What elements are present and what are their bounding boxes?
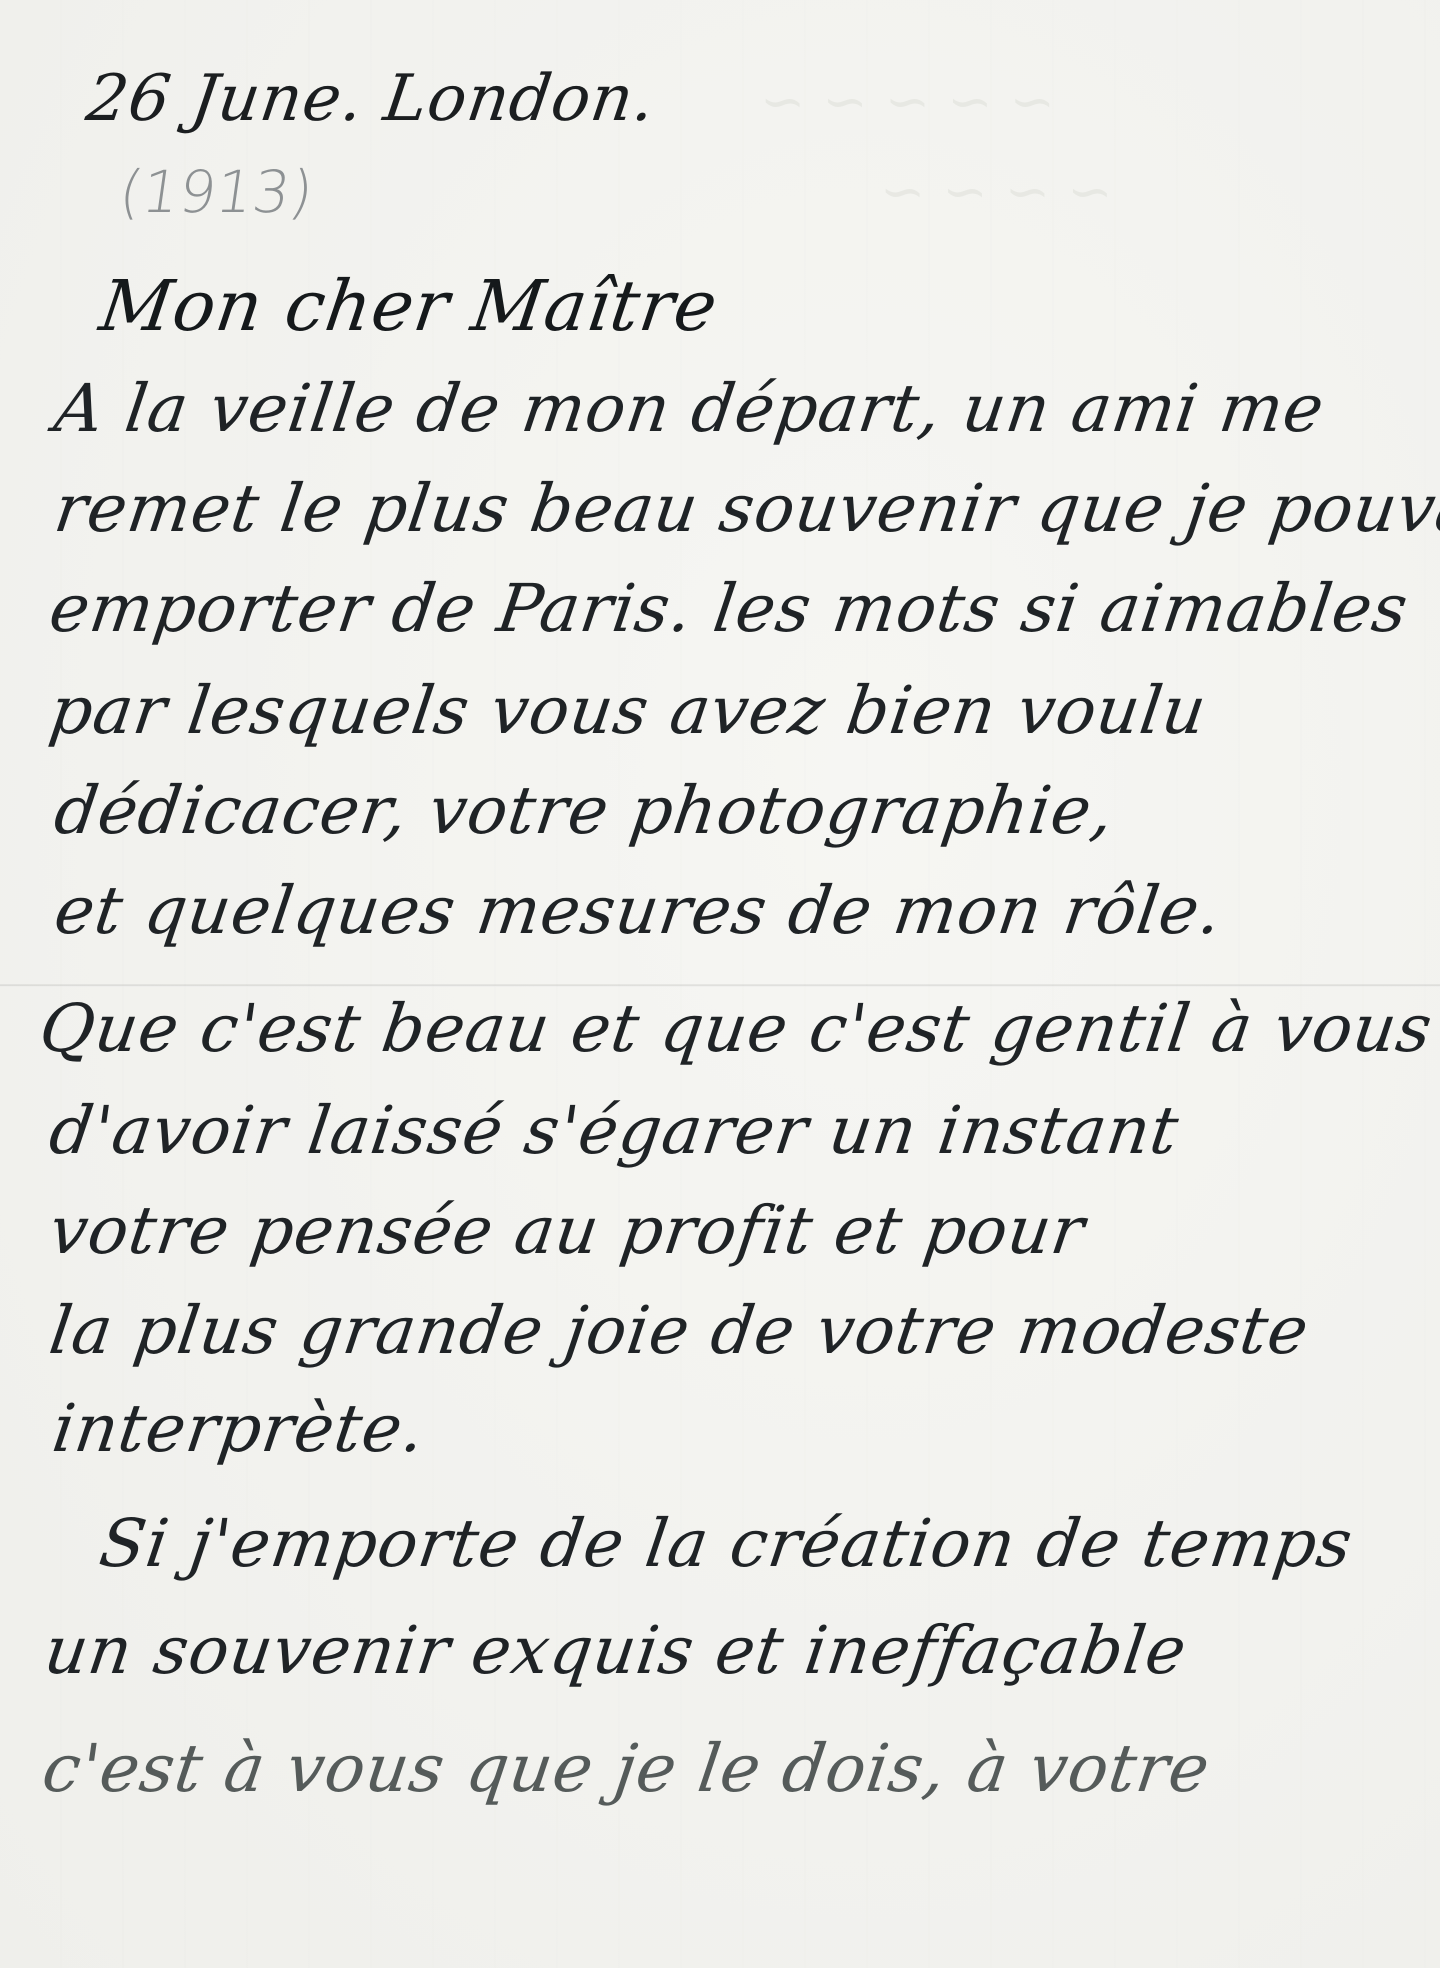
body-line: Si j'emporte de la création de temps	[95, 1505, 1358, 1582]
pencil-year-annotation: (1913)	[115, 158, 317, 226]
letter-date-place: 26 June. London.	[82, 62, 660, 136]
reverse-side-bleed: ~ ~ ~ ~	[880, 160, 1112, 223]
body-line: interprète.	[48, 1390, 430, 1467]
body-line: par lesquels vous avez bien voulu	[45, 672, 1212, 749]
body-line: dédicacer, votre photographie,	[50, 772, 1119, 849]
body-line: un souvenir exquis et ineffaçable	[40, 1612, 1192, 1689]
paper-fold-crease	[0, 984, 1440, 987]
body-line: votre pensée au profit et pour	[45, 1192, 1090, 1269]
letter-salutation: Mon cher Maître	[95, 265, 723, 347]
body-line: emporter de Paris. les mots si aimables	[45, 570, 1413, 647]
body-line: d'avoir laissé s'égarer un instant	[45, 1092, 1184, 1169]
body-line: Que c'est beau et que c'est gentil à vou…	[35, 990, 1437, 1067]
body-line: c'est à vous que je le dois, à votre	[38, 1730, 1215, 1807]
body-line: la plus grande joie de votre modeste	[45, 1292, 1314, 1369]
body-line: remet le plus beau souvenir que je pouva…	[50, 470, 1440, 547]
reverse-side-bleed: ~ ~ ~ ~ ~	[760, 70, 1055, 133]
body-line: et quelques mesures de mon rôle.	[50, 872, 1227, 949]
body-line: A la veille de mon départ, un ami me	[50, 370, 1329, 447]
